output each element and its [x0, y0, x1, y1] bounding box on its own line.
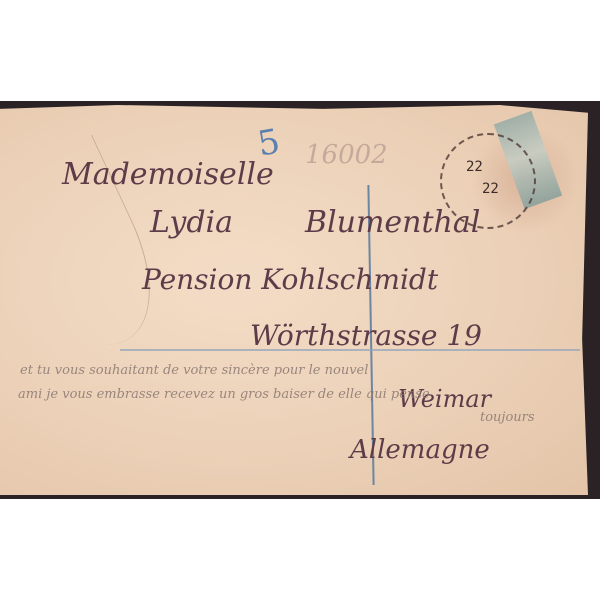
pencil-note-line-1: et tu vous souhaitant de votre sincère p…	[20, 363, 368, 378]
address-last-name: Blumenthal	[305, 205, 480, 240]
address-country: Allemagne	[350, 435, 490, 465]
postmark-date-1: 22	[466, 159, 483, 175]
envelope-photo: 22 22 5 16002 Mademoiselle Lydia Blument…	[0, 101, 600, 499]
reference-number: 16002	[305, 140, 388, 170]
address-first-name: Lydia	[150, 205, 233, 240]
postmark-date-2: 22	[482, 181, 499, 197]
pencil-note-line-2: ami je vous embrasse recevez un gros bai…	[18, 387, 430, 402]
pencil-note-line-3: toujours	[480, 410, 535, 425]
address-street: Wörthstrasse 19	[250, 319, 482, 352]
address-pension: Pension Kohlschmidt	[142, 263, 438, 296]
address-salutation: Mademoiselle	[62, 157, 274, 192]
envelope: 22 22 5 16002 Mademoiselle Lydia Blument…	[0, 105, 588, 495]
